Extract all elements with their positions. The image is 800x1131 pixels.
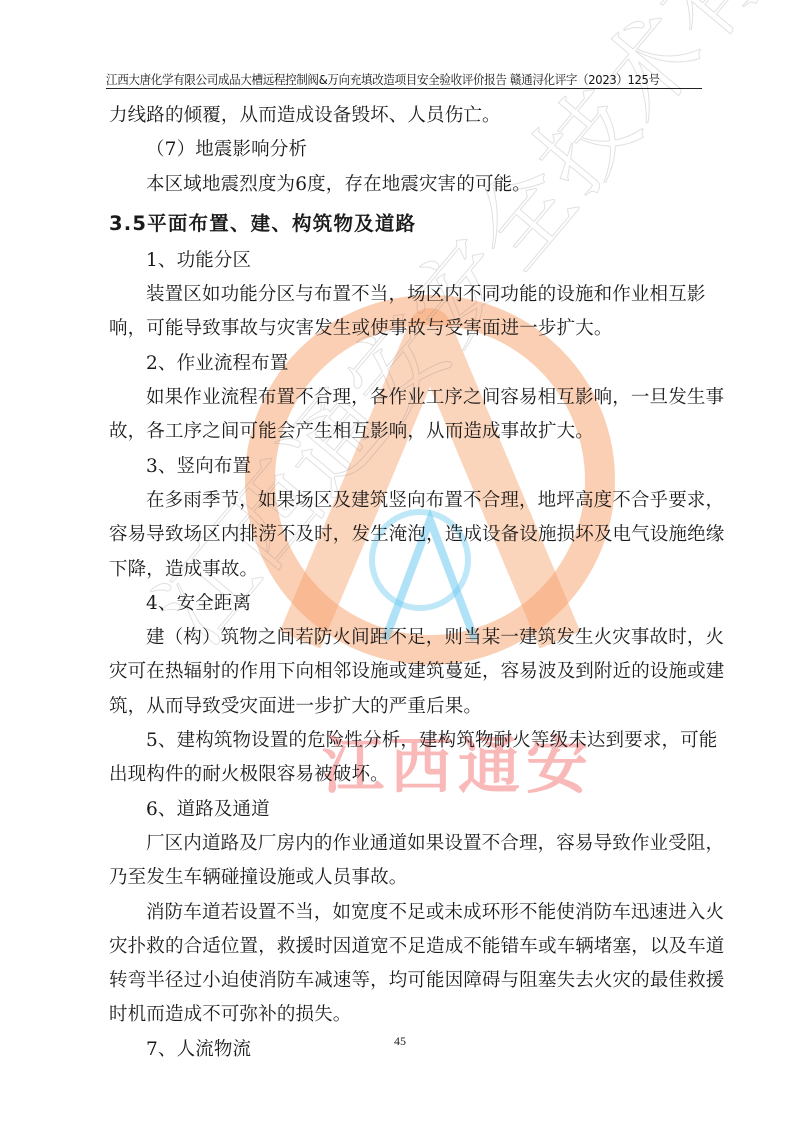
paragraph-line: 力线路的倾覆，从而造成设备毁坏、人员伤亡。 [109,99,701,133]
paragraph-line: 转弯半径过小迫使消防车减速等，均可能因障碍与阻塞失去火灾的最佳救援 [109,964,701,998]
paragraph-line: 容易导致场区内排涝不及时，发生淹泡，造成设备设施损坏及电气设施绝缘 [109,518,701,552]
paragraph-line: 本区域地震烈度为6度，存在地震灾害的可能。 [109,168,701,202]
document-page: 江西通安安全技术有限公司 江西通安 江西大唐化学有限公司成品大槽远程控制阀&万向… [0,0,800,1131]
paragraph-line: 灾可在热辐射的作用下向相邻设施或建筑蔓延，容易波及到附近的设施或建 [109,655,701,689]
paragraph-line: 出现构件的耐火极限容易被破坏。 [109,758,701,792]
paragraph-line: 下降，造成事故。 [109,553,701,587]
header-rule [106,88,702,89]
paragraph-line: 在多雨季节，如果场区及建筑竖向布置不合理，地坪高度不合乎要求， [109,484,701,518]
paragraph-line: 灾扑救的合适位置，救援时因道宽不足造成不能错车或车辆堵塞，以及车道 [109,930,701,964]
paragraph-line: 建（构）筑物之间若防火间距不足，则当某一建筑发生火灾事故时，火 [109,621,701,655]
item-title: 2、作业流程布置 [109,347,701,381]
paragraph-line: 乃至发生车辆碰撞设施或人员事故。 [109,861,701,895]
item-title: 4、安全距离 [109,587,701,621]
paragraph-line: 筑，从而导致受灾面进一步扩大的严重后果。 [109,690,701,724]
item-title: 3、竖向布置 [109,450,701,484]
subsection-title: （7）地震影响分析 [109,133,701,167]
item-title: 6、道路及通道 [109,793,701,827]
body-text: 力线路的倾覆，从而造成设备毁坏、人员伤亡。 （7）地震影响分析 本区域地震烈度为… [109,99,701,1067]
paragraph-line: 故，各工序之间可能会产生相互影响，从而造成事故扩大。 [109,415,701,449]
paragraph-line: 响，可能导致事故与灾害发生或使事故与受害面进一步扩大。 [109,312,701,346]
paragraph-line: 5、建构筑物设置的危险性分析，建构筑物耐火等级未达到要求，可能 [109,724,701,758]
paragraph-line: 厂区内道路及厂房内的作业通道如果设置不合理，容易导致作业受阻， [109,827,701,861]
section-heading: 3.5平面布置、建、构筑物及道路 [109,204,701,244]
paragraph-line: 装置区如功能分区与布置不当，场区内不同功能的设施和作业相互影 [109,278,701,312]
item-title: 1、功能分区 [109,244,701,278]
running-header: 江西大唐化学有限公司成品大槽远程控制阀&万向充填改造项目安全验收评价报告 赣通浔… [106,70,660,88]
paragraph-line: 时机而造成不可弥补的损失。 [109,998,701,1032]
page-number: 45 [0,1034,800,1049]
paragraph-line: 消防车道若设置不当，如宽度不足或未成环形不能使消防车迅速进入火 [109,896,701,930]
paragraph-line: 如果作业流程布置不合理，各作业工序之间容易相互影响，一旦发生事 [109,381,701,415]
